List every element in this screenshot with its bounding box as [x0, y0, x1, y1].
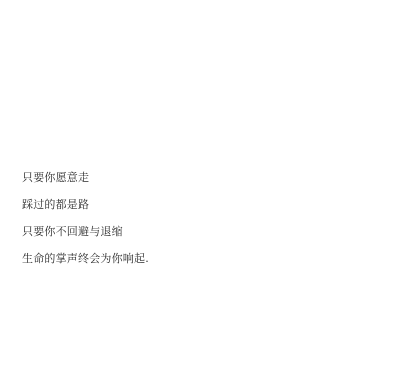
poem-line: 只要你愿意走 [22, 171, 149, 198]
poem-text-block: 只要你愿意走 踩过的都是路 只要你不回避与退缩 生命的掌声终会为你响起. [22, 171, 149, 279]
poem-line: 生命的掌声终会为你响起. [22, 252, 149, 279]
poem-line: 踩过的都是路 [22, 198, 149, 225]
poem-line: 只要你不回避与退缩 [22, 225, 149, 252]
